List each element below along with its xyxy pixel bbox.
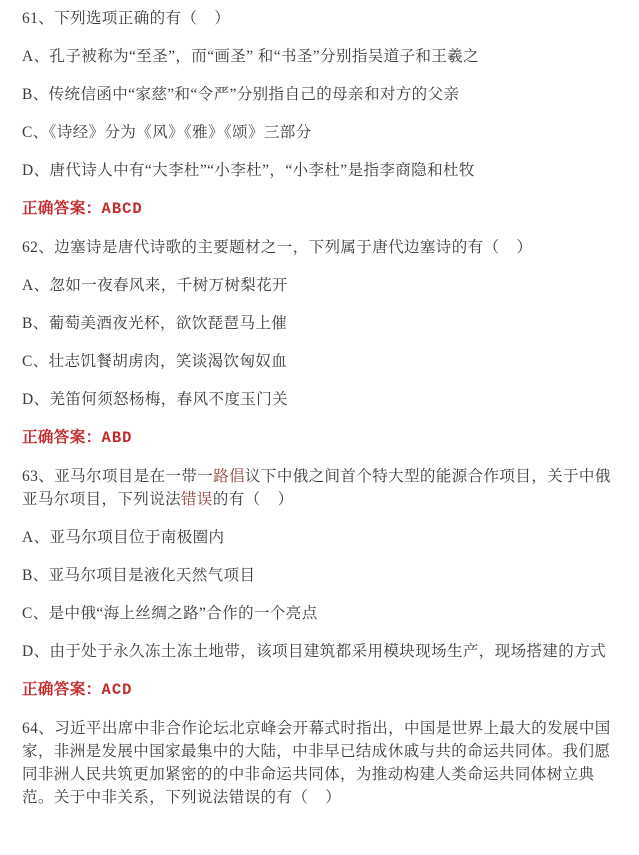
question-option: A、孔子被称为“至圣”，而“画圣” 和“书圣”分别指吴道子和王羲之 [22, 45, 615, 68]
question-stem: 62、边塞诗是唐代诗歌的主要题材之一，下列属于唐代边塞诗的有（ ） [22, 236, 615, 259]
question-option: B、亚马尔项目是液化天然气项目 [22, 564, 615, 587]
answer-value: ACD [102, 681, 133, 699]
question-option: A、亚马尔项目位于南极圈内 [22, 526, 615, 549]
question-option: C、《诗经》分为《风》《雅》《颂》三部分 [22, 121, 615, 144]
question-block-62: 62、边塞诗是唐代诗歌的主要题材之一，下列属于唐代边塞诗的有（ ）A、忽如一夜春… [22, 236, 615, 450]
stem-text: 62、边塞诗是唐代诗歌的主要题材之一，下列属于唐代边塞诗的有（ ） [22, 239, 532, 256]
question-stem: 63、亚马尔项目是在一带一路倡议下中俄之间首个特大型的能源合作项目，关于中俄亚马… [22, 465, 615, 511]
question-option: C、是中俄“海上丝绸之路”合作的一个亮点 [22, 602, 615, 625]
question-option: D、羌笛何须怒杨梅，春风不度玉门关 [22, 388, 615, 411]
answer-line: 正确答案：ABD [22, 426, 615, 450]
question-option: A、忽如一夜春风来，千树万树梨花开 [22, 274, 615, 297]
stem-text: 61、下列选项正确的有（ ） [22, 10, 230, 27]
document-page: 61、下列选项正确的有（ ）A、孔子被称为“至圣”，而“画圣” 和“书圣”分别指… [0, 0, 639, 855]
answer-value: ABD [102, 429, 133, 447]
question-option: B、传统信函中“家慈”和“令严”分别指自己的母亲和对方的父亲 [22, 83, 615, 106]
question-block-64: 64、习近平出席中非合作论坛北京峰会开幕式时指出，中国是世界上最大的发展中国家，… [22, 717, 615, 809]
answer-prefix-label: 正确答案： [22, 200, 102, 217]
stem-text: 64、习近平出席中非合作论坛北京峰会开幕式时指出，中国是世界上最大的发展中国家，… [22, 720, 611, 806]
question-block-61: 61、下列选项正确的有（ ）A、孔子被称为“至圣”，而“画圣” 和“书圣”分别指… [22, 7, 615, 221]
answer-value: ABCD [102, 200, 143, 218]
question-stem: 64、习近平出席中非合作论坛北京峰会开幕式时指出，中国是世界上最大的发展中国家，… [22, 717, 615, 809]
answer-line: 正确答案：ACD [22, 678, 615, 702]
question-option: B、葡萄美酒夜光杯，欲饮琵琶马上催 [22, 312, 615, 335]
stem-highlight-text: 错误 [181, 491, 213, 508]
question-block-63: 63、亚马尔项目是在一带一路倡议下中俄之间首个特大型的能源合作项目，关于中俄亚马… [22, 465, 615, 702]
questions: 61、下列选项正确的有（ ）A、孔子被称为“至圣”，而“画圣” 和“书圣”分别指… [22, 7, 615, 809]
stem-text: 的有（ ） [213, 491, 294, 508]
answer-prefix-label: 正确答案： [22, 681, 102, 698]
question-option: C、壮志饥餐胡虏肉，笑谈渴饮匈奴血 [22, 350, 615, 373]
stem-highlight-text: 路倡 [213, 468, 245, 485]
question-stem: 61、下列选项正确的有（ ） [22, 7, 615, 30]
question-option: D、由于处于永久冻土冻土地带，该项目建筑都采用模块现场生产，现场搭建的方式 [22, 640, 615, 663]
stem-text: 63、亚马尔项目是在一带一 [22, 468, 213, 485]
answer-line: 正确答案：ABCD [22, 197, 615, 221]
answer-prefix-label: 正确答案： [22, 429, 102, 446]
question-option: D、唐代诗人中有“大李杜”“小李杜”，“小李杜”是指李商隐和杜牧 [22, 159, 615, 182]
